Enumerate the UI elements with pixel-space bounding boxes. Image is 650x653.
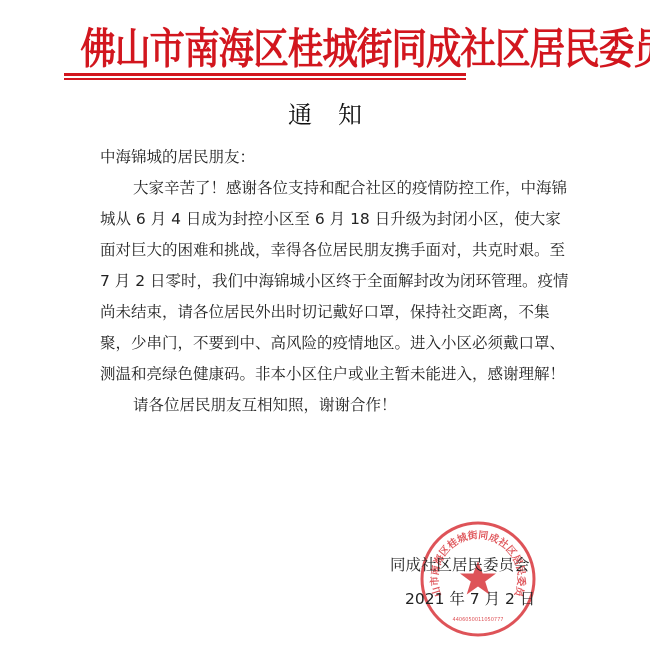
header-rule-thick xyxy=(64,73,466,76)
salutation: 中海锦城的居民朋友： xyxy=(100,142,570,173)
signature: 同成社区居民委员会 xyxy=(390,553,530,575)
header-rule-thin xyxy=(64,78,466,80)
notice-paragraph: 大家辛苦了！感谢各位支持和配合社区的疫情防控工作，中海锦城从 6 月 4 日成为… xyxy=(100,173,570,390)
official-seal-icon: 佛山市南海区桂城街同成社区居民委员会 4406050011050777 xyxy=(418,519,538,639)
notice-body: 中海锦城的居民朋友： 大家辛苦了！感谢各位支持和配合社区的疫情防控工作，中海锦城… xyxy=(100,142,570,421)
issue-date: 2021 年 7 月 2 日 xyxy=(405,587,535,609)
notice-closing-paragraph: 请各位居民朋友互相知照，谢谢合作！ xyxy=(100,390,570,421)
svg-text:4406050011050777: 4406050011050777 xyxy=(453,617,504,623)
organization-header: 佛山市南海区桂城街同成社区居民委员会 xyxy=(80,14,579,76)
notice-title: 通知 xyxy=(0,95,650,130)
